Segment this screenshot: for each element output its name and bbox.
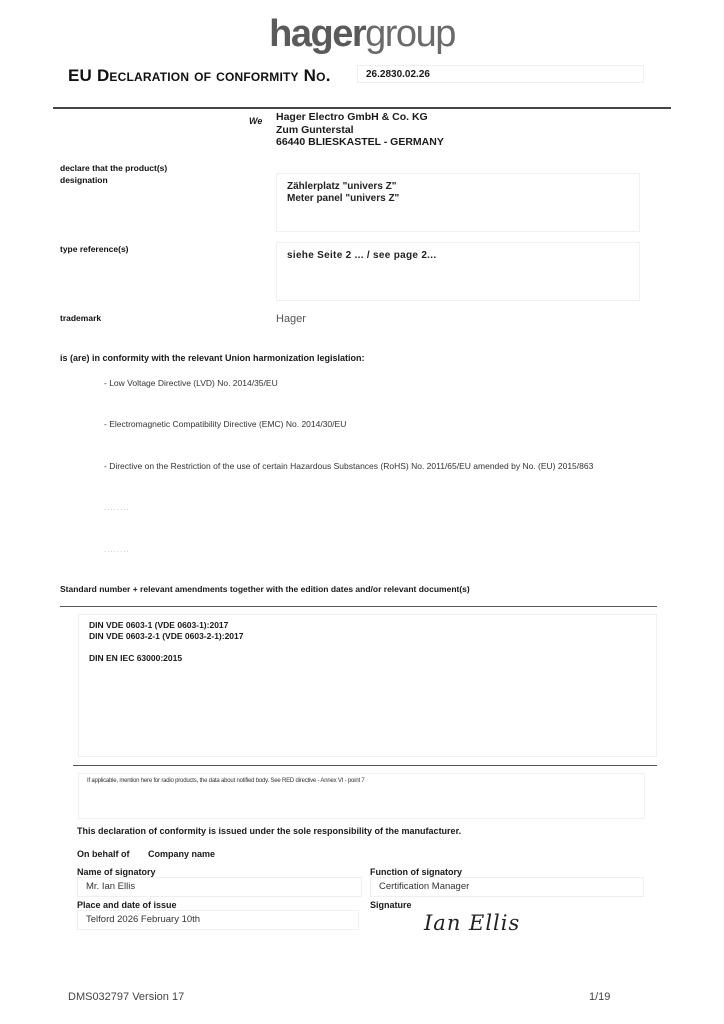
on-behalf-label: On behalf of <box>77 849 130 859</box>
directive-placeholder: ........ <box>104 545 130 554</box>
type-reference-value: siehe Seite 2 ... / see page 2... <box>277 243 639 262</box>
standard-item: DIN EN IEC 63000:2015 <box>89 653 656 664</box>
footer-doc-id: DMS032797 Version 17 <box>68 991 184 1003</box>
place-date-label: Place and date of issue <box>77 900 177 910</box>
address-line: Zum Gunterstal <box>276 124 444 137</box>
type-reference-box: siehe Seite 2 ... / see page 2... <box>276 242 640 301</box>
signatory-name-field: Mr. Ian Ellis <box>77 877 362 897</box>
standard-item: DIN VDE 0603-2-1 (VDE 0603-2-1):2017 <box>89 631 656 642</box>
type-reference-label: type reference(s) <box>60 244 129 255</box>
address-line: 66440 BLIESKASTEL - GERMANY <box>276 136 444 149</box>
footer-page-number: 1/19 <box>589 991 610 1003</box>
directive-lvd: - Low Voltage Directive (LVD) No. 2014/3… <box>104 378 278 388</box>
trademark-value: Hager <box>276 313 306 325</box>
signatory-function-label: Function of signatory <box>370 867 462 877</box>
designation-line-de: Zählerplatz "univers Z" <box>287 181 639 193</box>
standards-heading: Standard number + relevant amendments to… <box>60 584 470 594</box>
document-title: EU Declaration of conformity No. <box>68 66 331 86</box>
signatory-function-field: Certification Manager <box>370 877 644 897</box>
declare-label: declare that the product(s) <box>60 163 167 174</box>
handwritten-signature: Ian Ellis <box>424 911 520 935</box>
designation-label: designation <box>60 175 108 186</box>
we-label: We <box>249 116 262 126</box>
trademark-label: trademark <box>60 313 101 324</box>
divider <box>73 765 657 766</box>
designation-box: Zählerplatz "univers Z" Meter panel "uni… <box>276 173 640 232</box>
hagergroup-logo: hagergroup <box>0 10 724 58</box>
designation-value: Zählerplatz "univers Z" Meter panel "uni… <box>277 174 639 205</box>
address-line: Hager Electro GmbH & Co. KG <box>276 111 444 124</box>
logo-bold-part: hager <box>269 13 365 55</box>
notified-body-box: If applicable, mention here for radio pr… <box>78 773 645 819</box>
standards-list: DIN VDE 0603-1 (VDE 0603-1):2017 DIN VDE… <box>79 615 656 664</box>
signatory-name-label: Name of signatory <box>77 867 156 877</box>
signature-label: Signature <box>370 900 412 910</box>
responsibility-statement: This declaration of conformity is issued… <box>77 826 461 836</box>
manufacturer-address: Hager Electro GmbH & Co. KG Zum Gunterst… <box>276 111 444 149</box>
divider <box>53 107 671 109</box>
standards-box: DIN VDE 0603-1 (VDE 0603-1):2017 DIN VDE… <box>78 614 657 757</box>
conformity-heading: is (are) in conformity with the relevant… <box>60 353 365 363</box>
doc-number-field: 26.2830.02.26 <box>357 65 644 83</box>
logo-light-part: group <box>365 13 455 55</box>
notified-body-text: If applicable, mention here for radio pr… <box>79 774 644 784</box>
place-date-field: Telford 2026 February 10th <box>77 910 359 930</box>
directive-rohs: - Directive on the Restriction of the us… <box>104 461 593 471</box>
divider <box>60 606 657 607</box>
company-name-label: Company name <box>148 849 215 859</box>
standard-item: DIN VDE 0603-1 (VDE 0603-1):2017 <box>89 620 656 631</box>
designation-line-en: Meter panel "univers Z" <box>287 193 639 205</box>
directive-placeholder: ........ <box>104 503 130 512</box>
directive-emc: - Electromagnetic Compatibility Directiv… <box>104 419 346 429</box>
